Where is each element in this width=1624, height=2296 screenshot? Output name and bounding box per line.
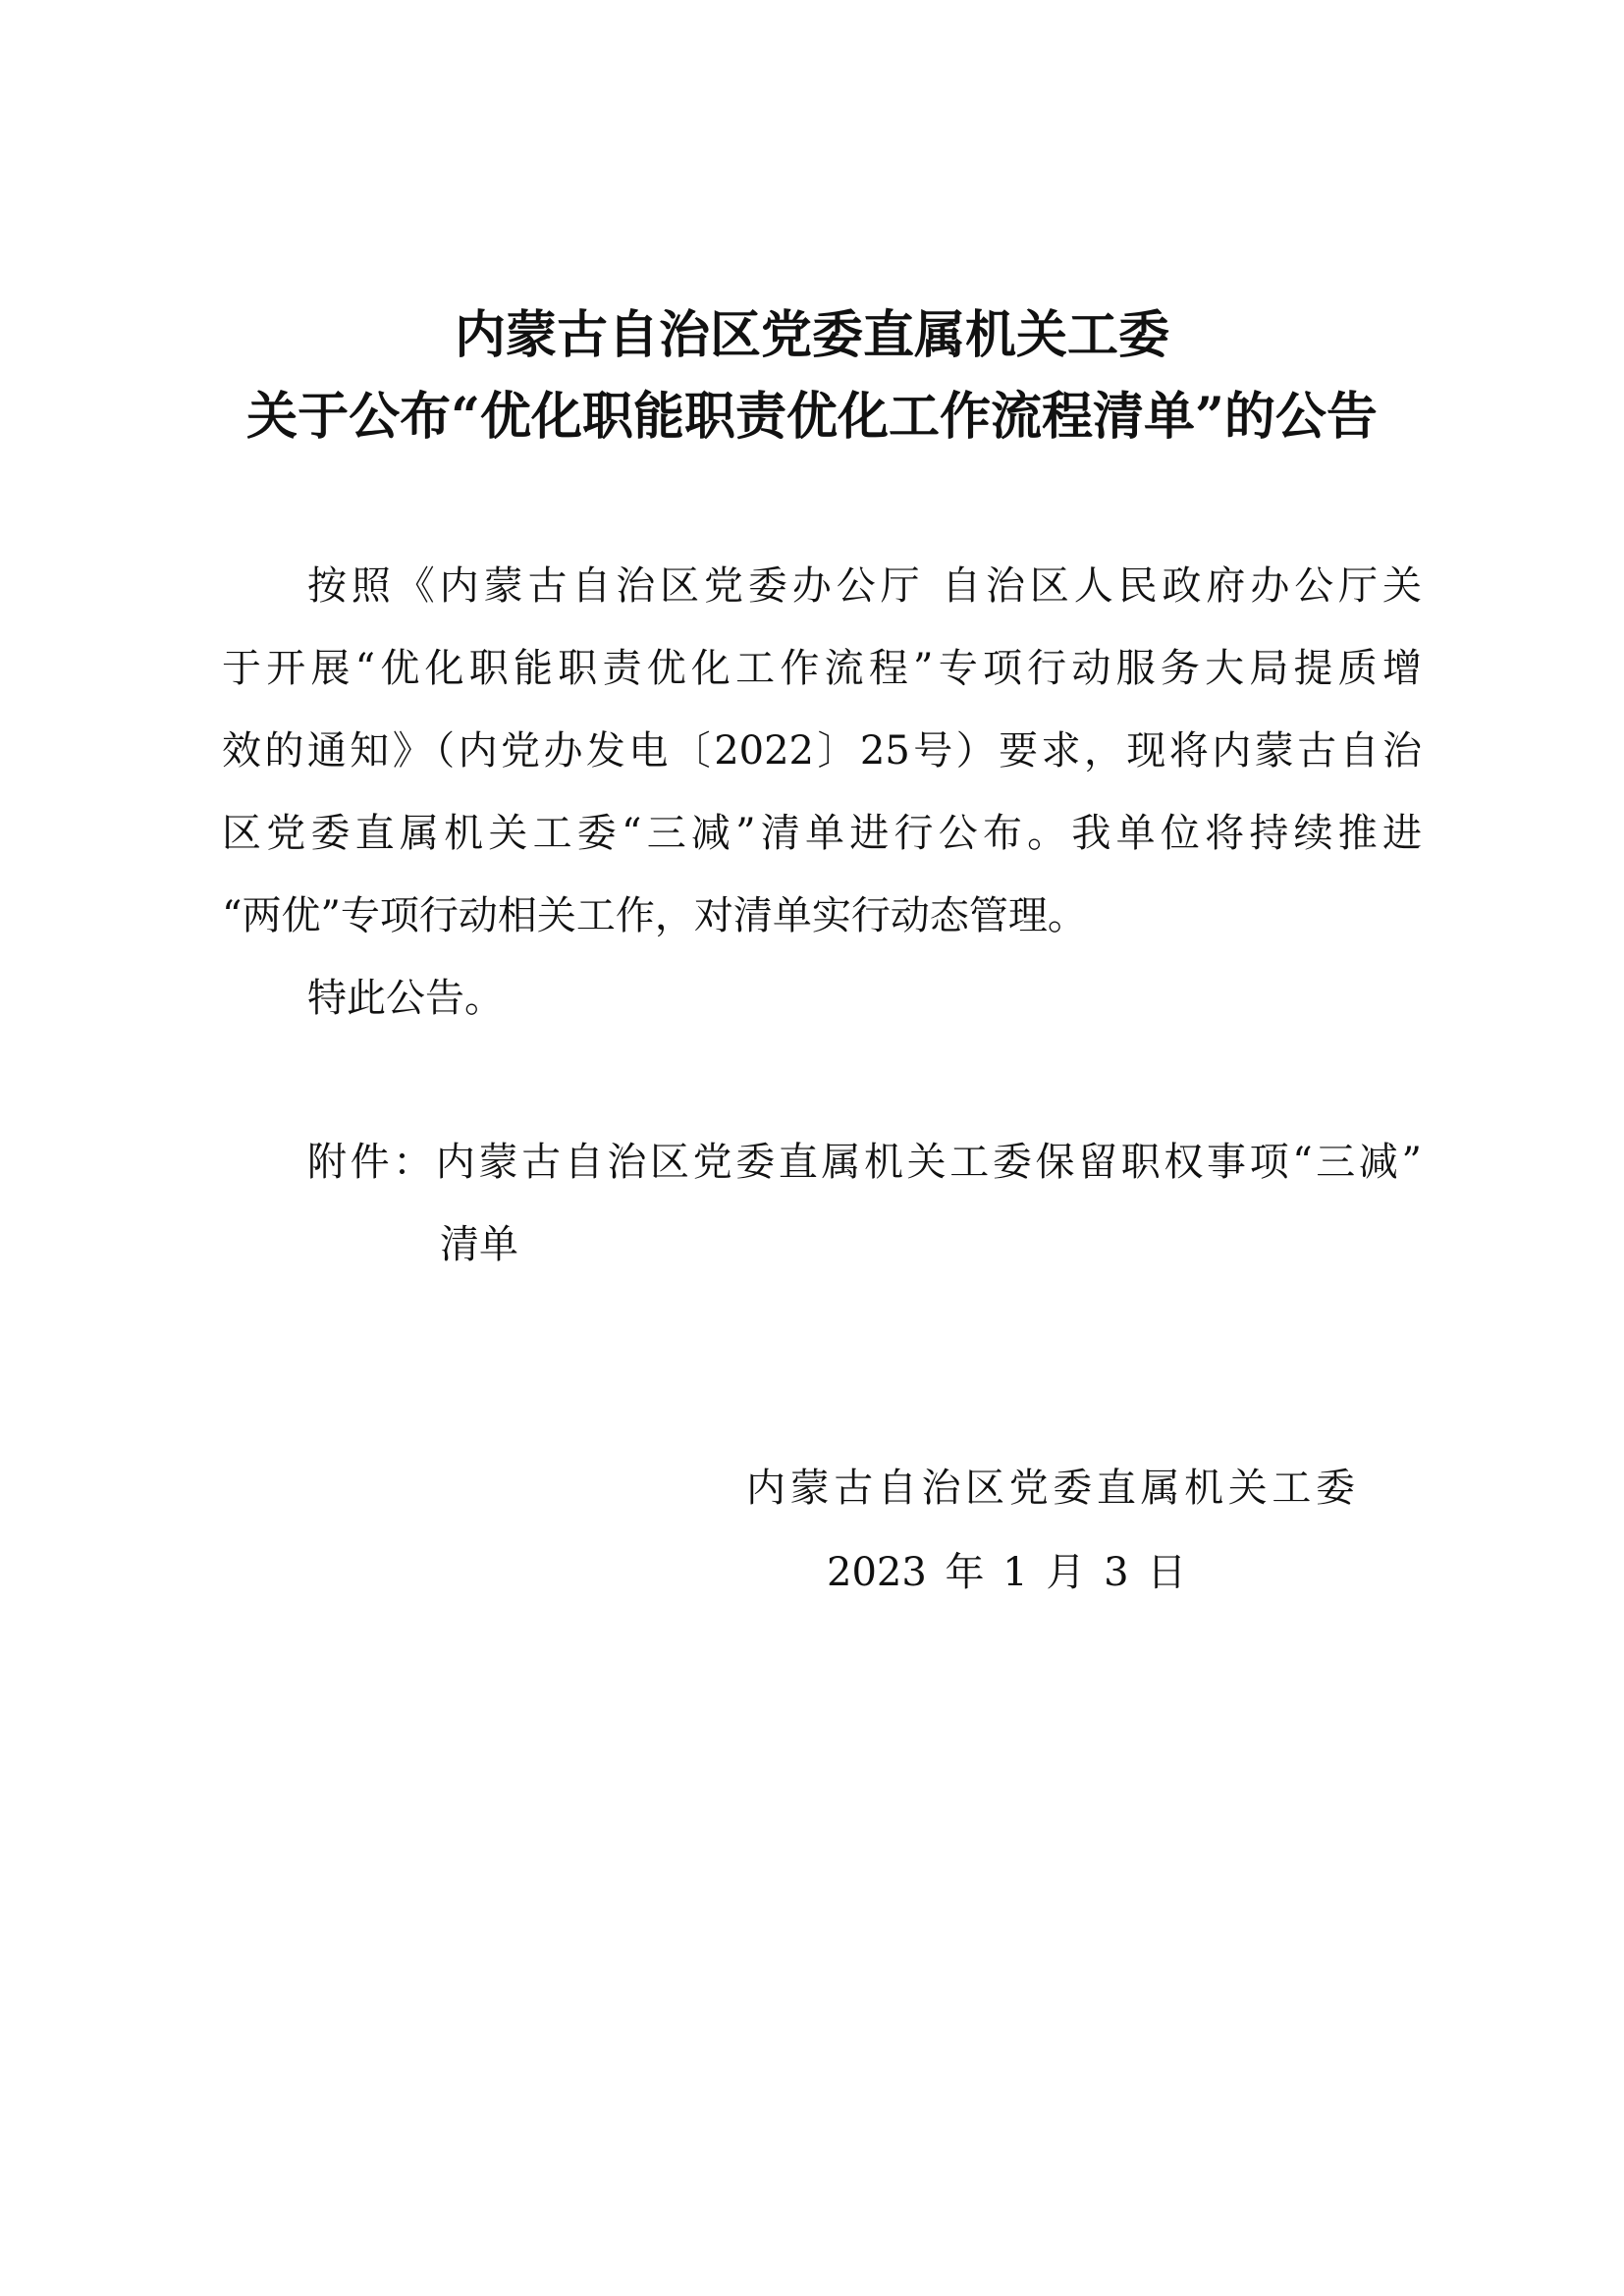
attachment-line-2: 清单 <box>440 1221 518 1268</box>
body-paragraph-line: 于开展“优化职能职责优化工作流程”专项行动服务大局提质增 <box>222 645 1422 692</box>
document-title-line-2: 关于公布“优化职能职责优化工作流程清单”的公告 <box>0 388 1624 447</box>
document-title-line-1: 内蒙古自治区党委直属机关工委 <box>0 306 1624 365</box>
body-paragraph-line: 按照《内蒙古自治区党委办公厅 自治区人民政府办公厅关 <box>307 562 1422 610</box>
signature-organization: 内蒙古自治区党委直属机关工委 <box>746 1465 1355 1512</box>
attachment-line-1: 附件：内蒙古自治区党委直属机关工委保留职权事项“三减” <box>307 1139 1422 1186</box>
body-paragraph-line: 效的通知》（内党办发电〔2022〕25号）要求，现将内蒙古自治 <box>222 727 1422 774</box>
closing-statement: 特此公告。 <box>307 975 1422 1022</box>
body-paragraph-line: “两优”专项行动相关工作，对清单实行动态管理。 <box>222 892 1422 939</box>
signature-date: 2023 年 1 月 3 日 <box>827 1549 1186 1596</box>
document-page: 内蒙古自治区党委直属机关工委 关于公布“优化职能职责优化工作流程清单”的公告 按… <box>0 0 1624 2296</box>
body-paragraph-line: 区党委直属机关工委“三减”清单进行公布。我单位将持续推进 <box>222 810 1422 857</box>
